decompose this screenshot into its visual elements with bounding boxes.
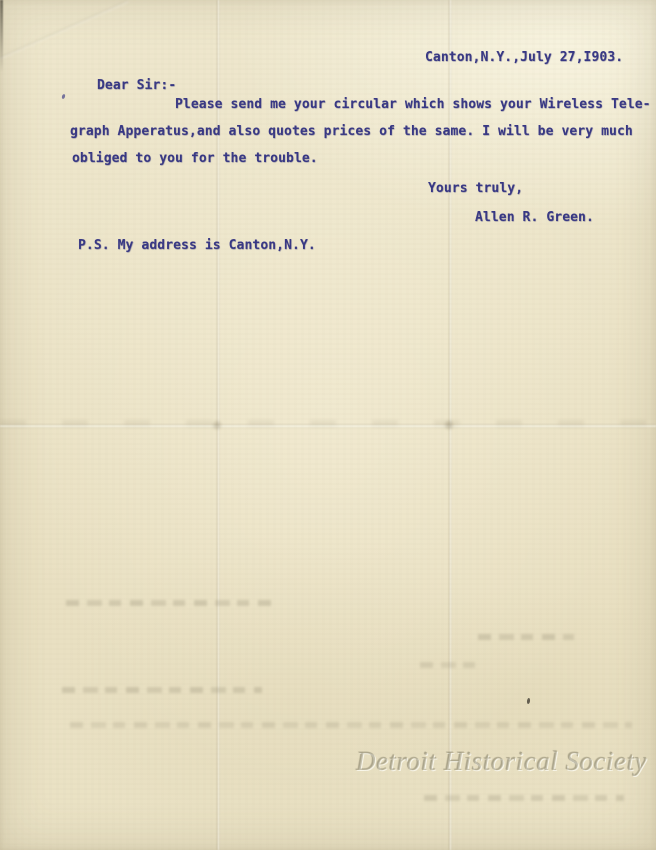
bleed-through-text	[424, 795, 624, 801]
dateline: Canton,N.Y.,July 27,I903.	[425, 51, 623, 64]
fold-crease-horizontal	[0, 424, 656, 428]
watermark: Detroit Historical Society	[356, 746, 656, 776]
ink-speck	[527, 698, 531, 704]
bleed-through-text	[62, 687, 262, 693]
salutation: Dear Sir:-	[97, 79, 176, 92]
body-line: graph Apperatus,and also quotes prices o…	[70, 125, 633, 138]
fold-pinch-mark	[211, 419, 223, 431]
bleed-through-text	[66, 600, 272, 606]
bleed-through-text	[70, 722, 632, 728]
postscript: P.S. My address is Canton,N.Y.	[78, 239, 316, 252]
signature: Allen R. Green.	[475, 211, 594, 224]
corner-crease	[0, 0, 129, 59]
letter-scan: Canton,N.Y.,July 27,I903. Dear Sir:- Ple…	[0, 0, 656, 850]
ink-speck	[61, 94, 65, 100]
body-line: obliged to you for the trouble.	[72, 152, 318, 165]
scan-edge-shadow	[0, 0, 3, 72]
fold-pinch-mark	[443, 419, 455, 431]
bleed-through-text	[420, 662, 482, 668]
closing: Yours truly,	[428, 182, 523, 195]
bleed-through-text	[478, 634, 574, 640]
body-line: Please send me your circular which shows…	[175, 98, 651, 111]
